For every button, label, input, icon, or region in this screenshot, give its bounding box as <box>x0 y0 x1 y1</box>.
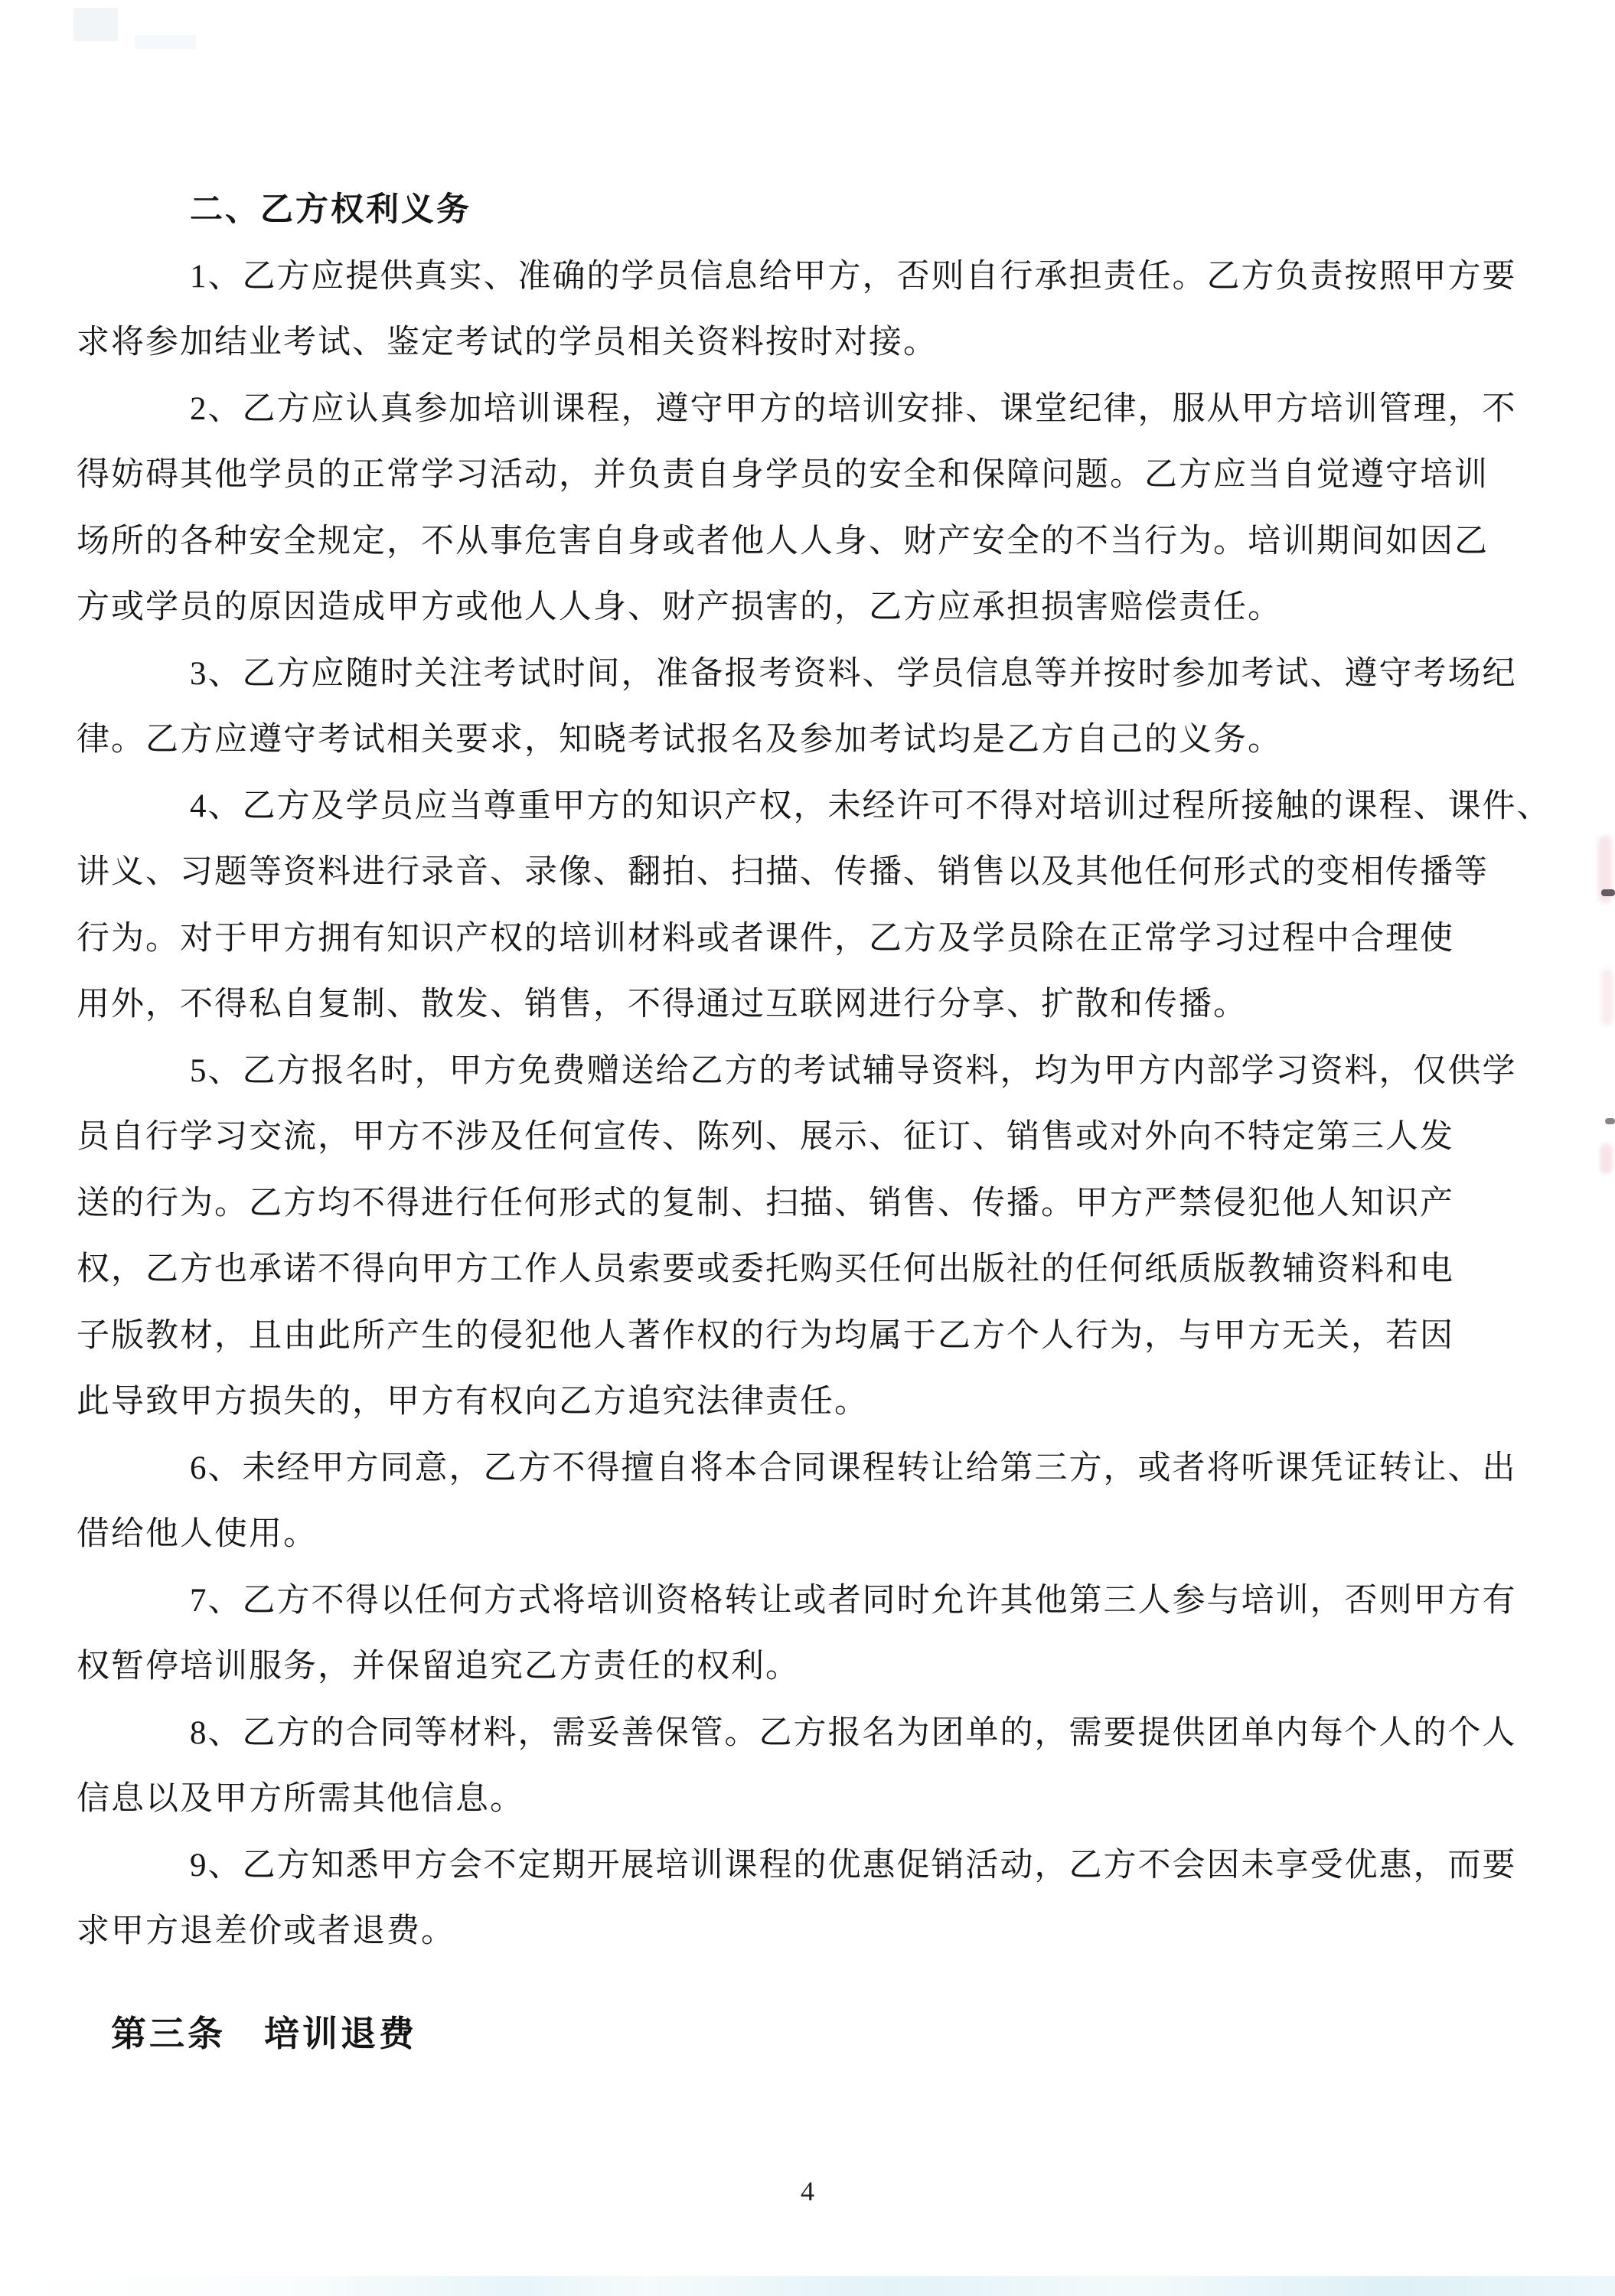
paragraph-line: 2、乙方应认真参加培训课程，遵守甲方的培训安排、课堂纪律，服从甲方培训管理，不 <box>77 377 1543 443</box>
paragraph-line: 权暂停培训服务，并保留追究乙方责任的权利。 <box>77 1634 1543 1701</box>
contract-body: 二、乙方权利义务 1、乙方应提供真实、准确的学员信息给甲方，否则自行承担责任。乙… <box>77 178 1543 1965</box>
section-heading: 二、乙方权利义务 <box>77 178 1543 244</box>
edge-mark-artifact <box>1601 889 1615 896</box>
paragraph-line: 求将参加结业考试、鉴定考试的学员相关资料按时对接。 <box>77 310 1543 377</box>
bottom-scan-band-artifact <box>0 2276 1615 2296</box>
paragraph-line: 借给他人使用。 <box>77 1502 1543 1568</box>
paragraph-line: 1、乙方应提供真实、准确的学员信息给甲方，否则自行承担责任。乙方负责按照甲方要 <box>77 244 1543 311</box>
paragraph-line: 6、未经甲方同意，乙方不得擅自将本合同课程转让给第三方，或者将听课凭证转让、出 <box>77 1436 1543 1502</box>
paragraph-line: 子版教材，且由此所产生的侵犯他人著作权的行为均属于乙方个人行为，与甲方无关，若因 <box>77 1303 1543 1370</box>
paragraph-line: 权，乙方也承诺不得向甲方工作人员索要或委托购买任何出版社的任何纸质版教辅资料和电 <box>77 1237 1543 1303</box>
paragraph-line: 9、乙方知悉甲方会不定期开展培训课程的优惠促销活动，乙方不会因未享受优惠，而要 <box>77 1833 1543 1900</box>
corner-scan-artifact <box>73 8 118 41</box>
paragraph-line: 得妨碍其他学员的正常学习活动，并负责自身学员的安全和保障问题。乙方应当自觉遵守培… <box>77 442 1543 509</box>
corner-scan-artifact <box>135 35 196 49</box>
paragraph-line: 此导致甲方损失的，甲方有权向乙方追究法律责任。 <box>77 1369 1543 1436</box>
paragraph-line: 讲义、习题等资料进行录音、录像、翻拍、扫描、传播、销售以及其他任何形式的变相传播… <box>77 840 1543 906</box>
paragraph-line: 信息以及甲方所需其他信息。 <box>77 1766 1543 1833</box>
edge-smudge-artifact <box>1598 836 1612 903</box>
edge-mark-artifact <box>1605 1118 1615 1124</box>
paragraph-line: 求甲方退差价或者退费。 <box>77 1899 1543 1965</box>
article-3-heading: 第三条 培训退费 <box>111 2011 417 2057</box>
page-number: 4 <box>0 2175 1615 2207</box>
paragraph-line: 送的行为。乙方均不得进行任何形式的复制、扫描、销售、传播。甲方严禁侵犯他人知识产 <box>77 1171 1543 1238</box>
edge-smudge-artifact <box>1600 1143 1613 1174</box>
scanned-contract-page: 二、乙方权利义务 1、乙方应提供真实、准确的学员信息给甲方，否则自行承担责任。乙… <box>0 0 1615 2296</box>
paragraph-line: 律。乙方应遵守考试相关要求，知晓考试报名及参加考试均是乙方自己的义务。 <box>77 707 1543 774</box>
paragraph-line: 4、乙方及学员应当尊重甲方的知识产权，未经许可不得对培训过程所接触的课程、课件、 <box>77 774 1543 840</box>
paragraph-line: 行为。对于甲方拥有知识产权的培训材料或者课件，乙方及学员除在正常学习过程中合理使 <box>77 906 1543 973</box>
paragraph-line: 8、乙方的合同等材料，需妥善保管。乙方报名为团单的，需要提供团单内每个人的个人 <box>77 1701 1543 1767</box>
paragraph-line: 3、乙方应随时关注考试时间，准备报考资料、学员信息等并按时参加考试、遵守考场纪 <box>77 641 1543 708</box>
paragraph-line: 场所的各种安全规定，不从事危害自身或者他人人身、财产安全的不当行为。培训期间如因… <box>77 509 1543 576</box>
paragraph-line: 用外，不得私自复制、散发、销售，不得通过互联网进行分享、扩散和传播。 <box>77 972 1543 1039</box>
paragraph-line: 员自行学习交流，甲方不涉及任何宣传、陈列、展示、征订、销售或对外向不特定第三人发 <box>77 1104 1543 1171</box>
edge-smudge-artifact <box>1601 969 1613 1026</box>
paragraph-line: 5、乙方报名时，甲方免费赠送给乙方的考试辅导资料，均为甲方内部学习资料，仅供学 <box>77 1039 1543 1105</box>
paragraph-line: 7、乙方不得以任何方式将培训资格转让或者同时允许其他第三人参与培训，否则甲方有 <box>77 1568 1543 1635</box>
paragraph-line: 方或学员的原因造成甲方或他人人身、财产损害的，乙方应承担损害赔偿责任。 <box>77 575 1543 641</box>
